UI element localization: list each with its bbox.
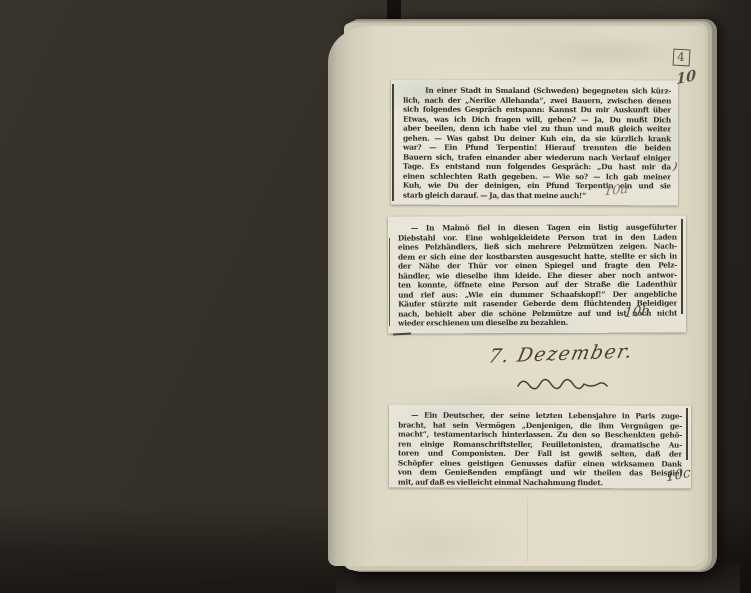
page-stain <box>545 36 675 70</box>
column-rule <box>686 408 688 460</box>
date-flourish <box>516 374 616 394</box>
page-crease <box>527 498 528 562</box>
annotation-10a: 10a <box>604 182 629 200</box>
clipping-text: In einer Stadt in Smaland (Schweden) beg… <box>403 86 671 201</box>
column-rule <box>389 238 390 326</box>
clipping-text: — Ein Deutscher, der seine letzten Leben… <box>398 411 682 488</box>
column-rule <box>392 84 394 201</box>
news-clipping-smaland: In einer Stadt in Smaland (Schweden) beg… <box>391 80 678 206</box>
annotation-10b: 10b <box>623 303 650 321</box>
column-rule <box>681 219 683 314</box>
pencil-folio-mark: 4 <box>673 49 691 67</box>
photo-backdrop: In einer Stadt in Smaland (Schweden) beg… <box>0 0 751 593</box>
news-clipping-paris-testament: — Ein Deutscher, der seine letzten Leben… <box>389 404 691 488</box>
